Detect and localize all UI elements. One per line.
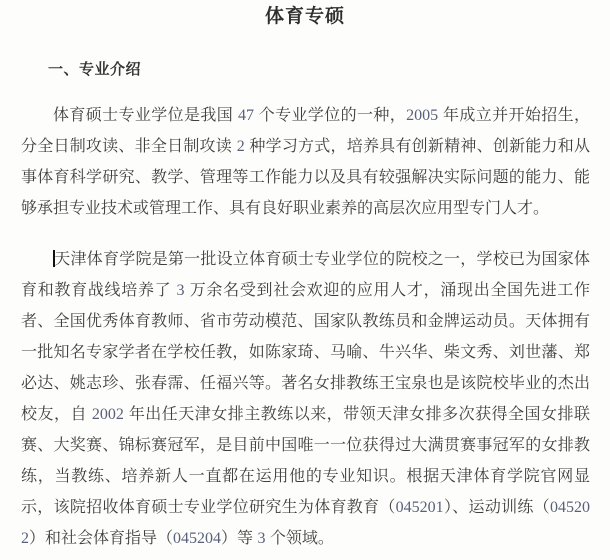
paragraph-degree-intro-text: 体育硕士专业学位是我国 47 个专业学位的一种，2005 年成立并开始招生，分全… — [21, 107, 590, 217]
section-heading: 一、专业介绍 — [21, 59, 590, 80]
paragraph-school-intro: 天津体育学院是第一批设立体育硕士专业学位的院校之一，学校已为国家体育和教育战线培… — [21, 244, 590, 554]
paragraph-degree-intro: 体育硕士专业学位是我国 47 个专业学位的一种，2005 年成立并开始招生，分全… — [21, 100, 590, 224]
document-title: 体育专硕 — [0, 2, 610, 32]
paragraph-school-intro-text: 天津体育学院是第一批设立体育硕士专业学位的院校之一，学校已为国家体育和教育战线培… — [21, 251, 590, 547]
document-page: 体育专硕 一、专业介绍 体育硕士专业学位是我国 47 个专业学位的一种，2005… — [0, 0, 610, 560]
